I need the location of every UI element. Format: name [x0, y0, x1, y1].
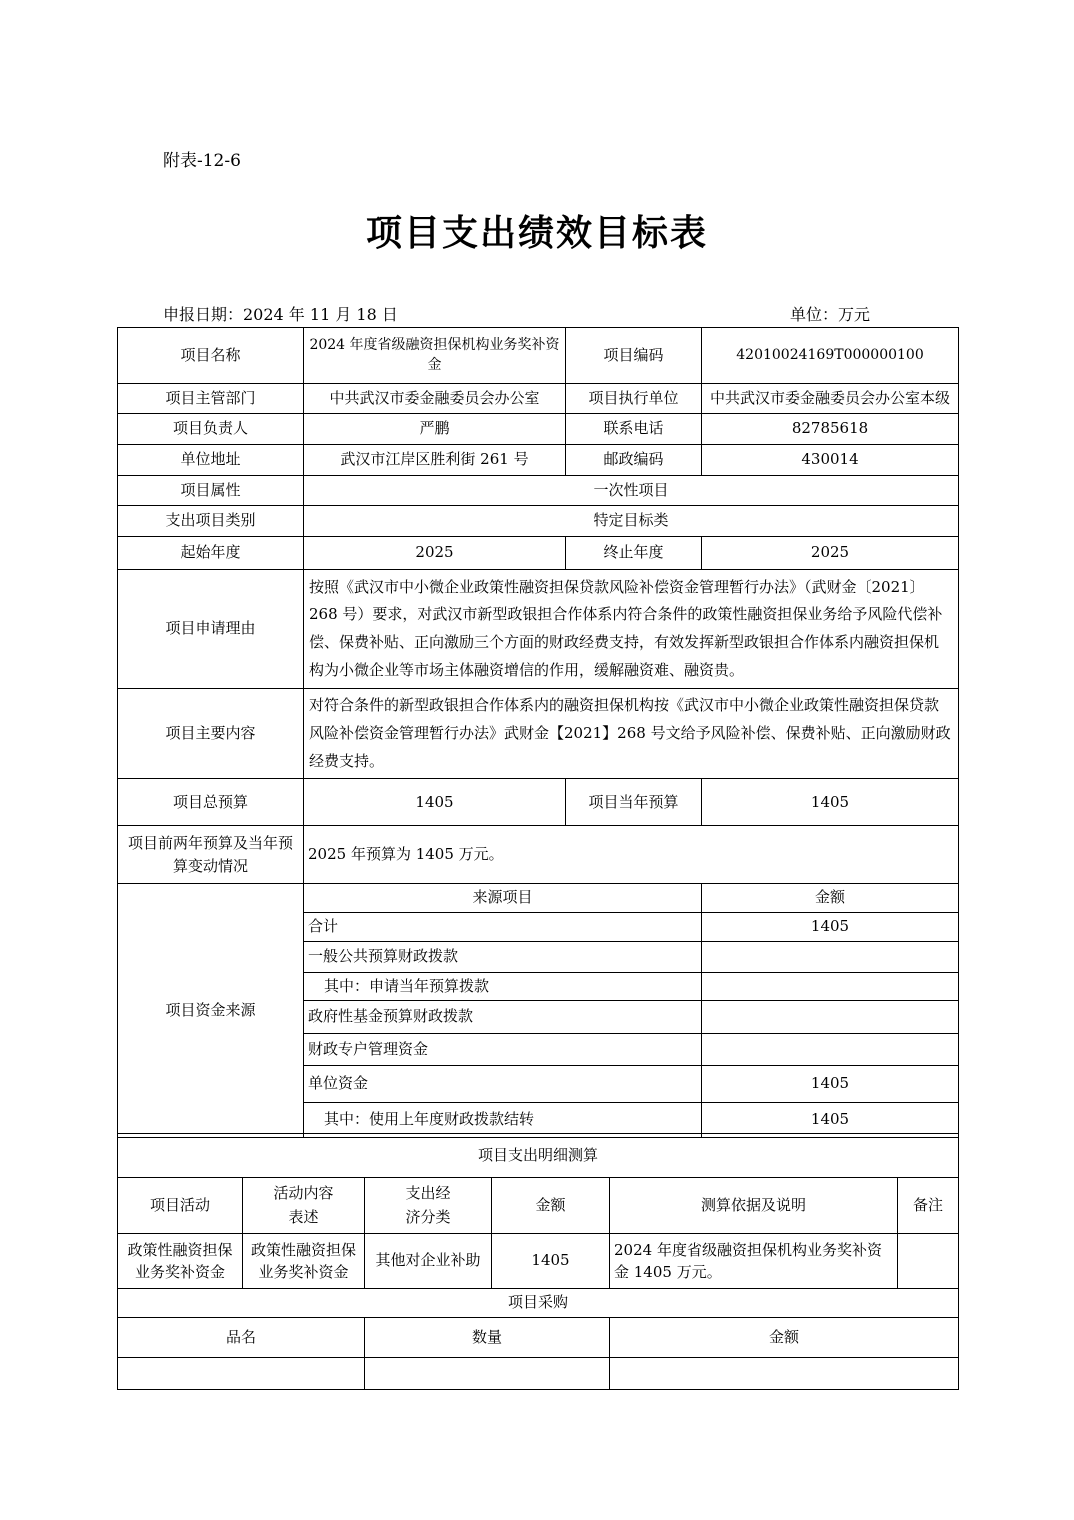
- label-address: 单位地址: [118, 445, 304, 476]
- procurement-row: [118, 1358, 959, 1390]
- procurement-name: [118, 1358, 365, 1390]
- label-project-code: 项目编码: [566, 328, 702, 384]
- label-end-year: 终止年度: [566, 537, 702, 570]
- detail-description: 政策性融资担保业务奖补资金: [243, 1234, 365, 1289]
- procurement-amount: [610, 1358, 959, 1390]
- procurement-header-quantity: 数量: [365, 1318, 610, 1358]
- label-dept: 项目主管部门: [118, 384, 304, 414]
- label-content: 项目主要内容: [118, 689, 304, 779]
- procurement-section-title: 项目采购: [118, 1289, 959, 1318]
- value-phone: 82785618: [702, 414, 959, 445]
- funding-amount: 1405: [702, 1102, 959, 1137]
- funding-source: 一般公共预算财政拨款: [304, 941, 702, 972]
- funding-col-amount: 金额: [702, 884, 959, 912]
- funding-source: 政府性基金预算财政拨款: [304, 1000, 702, 1033]
- value-exec-unit: 中共武汉市委金融委员会办公室本级: [702, 384, 959, 414]
- submission-date: 申报日期：2024 年 11 月 18 日: [163, 302, 398, 325]
- funding-amount: 1405: [702, 1065, 959, 1102]
- detail-basis: 2024 年度省级融资担保机构业务奖补资金 1405 万元。: [610, 1234, 898, 1289]
- funding-col-source: 来源项目: [304, 884, 702, 912]
- value-reason: 按照《武汉市中小微企业政策性融资担保贷款风险补偿资金管理暂行办法》（武财金〔20…: [304, 570, 959, 689]
- funding-source: 财政专户管理资金: [304, 1033, 702, 1065]
- funding-amount: [702, 1000, 959, 1033]
- value-project-name: 2024 年度省级融资担保机构业务奖补资金: [304, 328, 566, 384]
- label-project-name: 项目名称: [118, 328, 304, 384]
- appendix-label: 附表-12-6: [163, 146, 241, 171]
- value-project-code: 42010024169T000000100: [702, 328, 959, 384]
- funding-amount: [702, 941, 959, 972]
- label-total-budget: 项目总预算: [118, 779, 304, 826]
- detail-header-amount: 金额: [492, 1178, 610, 1234]
- funding-amount: [702, 972, 959, 1000]
- page-title: 项目支出绩效目标表: [0, 205, 1074, 256]
- funding-source: 单位资金: [304, 1065, 702, 1102]
- label-phone: 联系电话: [566, 414, 702, 445]
- label-funding-source: 项目资金来源: [118, 884, 304, 1138]
- value-dept: 中共武汉市委金融委员会办公室: [304, 384, 566, 414]
- unit-label: 单位：万元: [790, 302, 870, 325]
- basic-info-table: 项目名称 2024 年度省级融资担保机构业务奖补资金 项目编码 42010024…: [117, 327, 959, 1138]
- value-budget-change: 2025 年预算为 1405 万元。: [304, 826, 959, 884]
- detail-activity: 政策性融资担保业务奖补资金: [118, 1234, 243, 1289]
- value-total-budget: 1405: [304, 779, 566, 826]
- procurement-header-name: 品名: [118, 1318, 365, 1358]
- detail-amount: 1405: [492, 1234, 610, 1289]
- value-content: 对符合条件的新型政银担合作体系内的融资担保机构按《武汉市中小微企业政策性融资担保…: [304, 689, 959, 779]
- funding-source: 其中：申请当年预算拨款: [304, 972, 702, 1000]
- detail-header-econ-class: 支出经济分类: [365, 1178, 492, 1234]
- value-category: 特定目标类: [304, 506, 959, 537]
- detail-header-activity: 项目活动: [118, 1178, 243, 1234]
- funding-amount: 1405: [702, 912, 959, 941]
- detail-note: [898, 1234, 959, 1289]
- label-manager: 项目负责人: [118, 414, 304, 445]
- detail-section-title: 项目支出明细测算: [118, 1134, 959, 1178]
- value-attribute: 一次性项目: [304, 476, 959, 506]
- label-year-budget: 项目当年预算: [566, 779, 702, 826]
- detail-row: 政策性融资担保业务奖补资金 政策性融资担保业务奖补资金 其他对企业补助 1405…: [118, 1234, 959, 1289]
- detail-table: 项目支出明细测算 项目活动 活动内容表述 支出经济分类 金额 测算依据及说明 备…: [117, 1133, 959, 1390]
- value-year-budget: 1405: [702, 779, 959, 826]
- detail-header-basis: 测算依据及说明: [610, 1178, 898, 1234]
- value-start-year: 2025: [304, 537, 566, 570]
- label-reason: 项目申请理由: [118, 570, 304, 689]
- procurement-quantity: [365, 1358, 610, 1390]
- label-attribute: 项目属性: [118, 476, 304, 506]
- value-manager: 严鹏: [304, 414, 566, 445]
- label-postcode: 邮政编码: [566, 445, 702, 476]
- funding-source: 其中：使用上年度财政拨款结转: [304, 1102, 702, 1137]
- value-address: 武汉市江岸区胜利街 261 号: [304, 445, 566, 476]
- label-exec-unit: 项目执行单位: [566, 384, 702, 414]
- label-category: 支出项目类别: [118, 506, 304, 537]
- detail-header-note: 备注: [898, 1178, 959, 1234]
- value-postcode: 430014: [702, 445, 959, 476]
- label-budget-change: 项目前两年预算及当年预算变动情况: [118, 826, 304, 884]
- value-end-year: 2025: [702, 537, 959, 570]
- detail-econ-class: 其他对企业补助: [365, 1234, 492, 1289]
- procurement-header-amount: 金额: [610, 1318, 959, 1358]
- detail-header-description: 活动内容表述: [243, 1178, 365, 1234]
- label-start-year: 起始年度: [118, 537, 304, 570]
- funding-source: 合计: [304, 912, 702, 941]
- funding-amount: [702, 1033, 959, 1065]
